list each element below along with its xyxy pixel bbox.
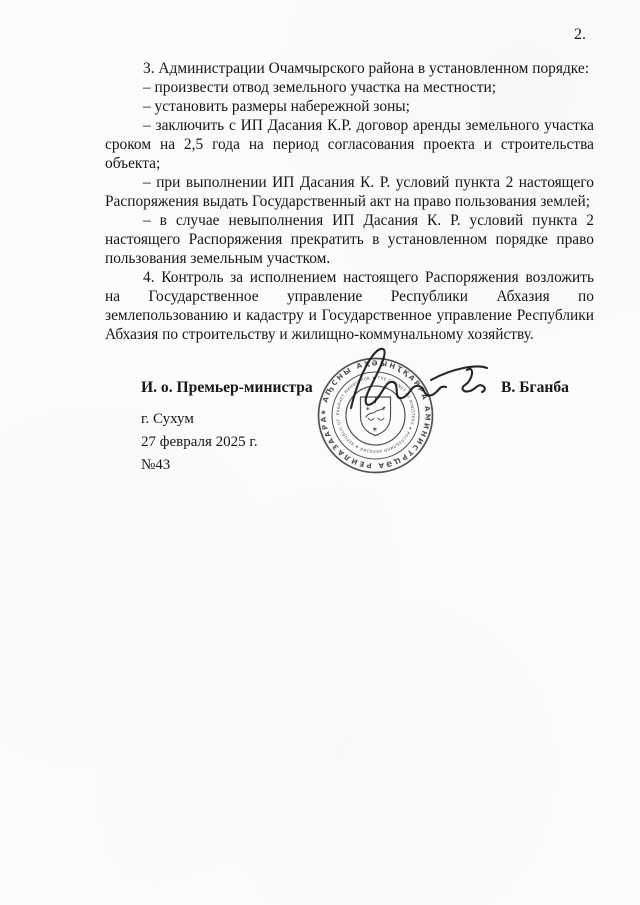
signature-date: 27 февраля 2025 г. bbox=[141, 434, 258, 451]
paragraph-dash-2: – установить размеры набережной зоны; bbox=[105, 97, 594, 116]
document-body: 3. Администрации Очамчырского района в у… bbox=[105, 59, 594, 344]
paragraph-dash-3: – заключить с ИП Дасания К.Р. договор ар… bbox=[105, 116, 594, 173]
paragraph-item-4: 4. Контроль за исполнением настоящего Ра… bbox=[105, 268, 594, 344]
paragraph-dash-1: – произвести отвод земельного участка на… bbox=[105, 78, 594, 97]
page-number: 2. bbox=[560, 26, 600, 44]
signature-place: г. Сухум bbox=[141, 411, 194, 428]
paragraph-item-3: 3. Администрации Очамчырского района в у… bbox=[105, 59, 594, 78]
stamp-star-bottom-icon: ✶ bbox=[372, 425, 379, 434]
paragraph-dash-5: – в случае невыполнения ИП Дасания К. Р.… bbox=[105, 211, 594, 268]
scanned-document-page: 2. 3. Администрации Очамчырского района … bbox=[0, 0, 640, 905]
signer-name: В. Бганба bbox=[501, 379, 569, 397]
paragraph-dash-4: – при выполнении ИП Дасания К. Р. услови… bbox=[105, 173, 594, 211]
document-number: №43 bbox=[141, 457, 170, 474]
handwritten-signature bbox=[335, 340, 490, 425]
signer-title: И. о. Премьер-министра bbox=[141, 379, 313, 397]
